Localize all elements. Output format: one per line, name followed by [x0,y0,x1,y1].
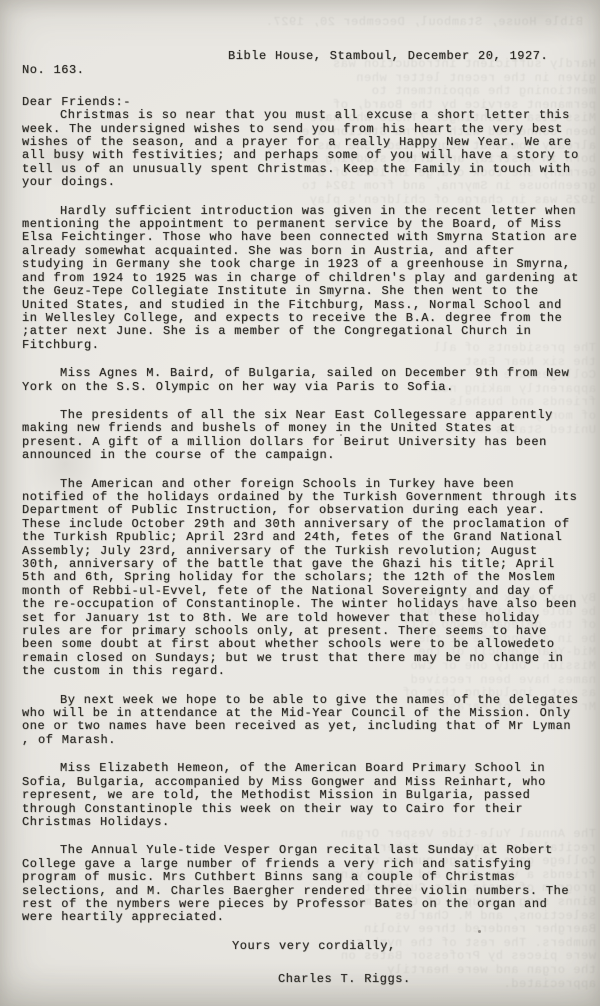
letter-closing: Yours very cordially, [22,940,580,953]
letter-paragraph: Miss Agnes M. Baird, of Bulgaria, sailed… [22,367,580,394]
letter-paragraph: Miss Elizabeth Hemeon, of the American B… [22,762,580,829]
letter-paragraph: Christmas is so near that you must all e… [22,109,580,189]
letter-paragraph: The presidents of all the six Near East … [22,409,580,463]
letter-paragraph: The Annual Yule-tide Vesper Organ recita… [22,844,580,924]
scanned-letter-page: Bible House, Stamboul, December 20, 1927… [0,0,600,1006]
letter-paragraph: Hardly sufficient introduction was given… [22,205,580,352]
letter-paragraph: By next week we hope to be able to give … [22,694,580,748]
letter-signature: Charles T. Riggs. [22,973,580,986]
letter-dateline: Bible House, Stamboul, December 20, 1927… [22,50,580,63]
letter-number: No. 163. [22,64,580,77]
letter-paragraph: The American and other foreign Schools i… [22,478,580,679]
letter-body: Bible House, Stamboul, December 20, 1927… [0,0,600,987]
